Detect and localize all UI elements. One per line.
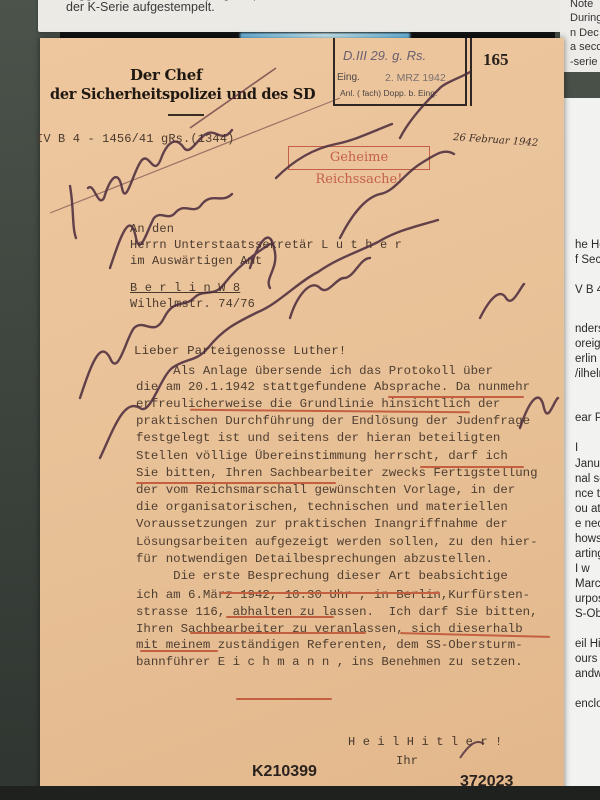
body-line: Sie bitten, Ihren Sachbearbeiter zwecks … (136, 466, 538, 480)
red-underline (140, 650, 218, 652)
side-caption-line: n Dec (570, 26, 599, 41)
body-line: für notwendigen Detailbesprechungen abzu… (136, 552, 493, 566)
red-underline (220, 592, 440, 594)
stamp-received-date: 2. MRZ 1942 (385, 72, 446, 84)
body-line: Als Anlage übersende ich das Protokoll ü… (136, 364, 493, 378)
stamp-number: D.III 29. g. Rs. (343, 48, 426, 63)
display-base (0, 786, 600, 800)
translation-line: hows th (575, 533, 600, 545)
side-caption-line: -serie (570, 55, 598, 70)
translation-line: I (575, 442, 578, 454)
body-line: der vom Reichsmarschall gewünschten Vorl… (136, 483, 515, 497)
side-caption-line: During (570, 11, 600, 26)
address-line-2: Herrn Unterstaatssekretär L u t h e r (130, 238, 402, 252)
letterhead-line-1: Der Chef (130, 66, 202, 84)
stamp-received-label: Eing. (337, 72, 360, 83)
translation-line: he Hea (575, 239, 600, 251)
page-number: 165 (483, 50, 509, 70)
address-line-1: An den (130, 222, 174, 236)
translation-line: /ilhelms (575, 368, 600, 380)
red-underline (190, 632, 366, 634)
exhibit-caption-card: …gg… in Whaddon Hall (England) wurden di… (38, 0, 568, 32)
translation-line: nal solu (575, 473, 600, 485)
body-line: Stellen völlige Übereinstimmung herrscht… (136, 449, 508, 463)
closing-ihr: Ihr (396, 754, 418, 768)
red-underline (226, 616, 334, 618)
closing-salutation: H e i l H i t l e r ! (348, 735, 502, 749)
body-line: Voraussetzungen zur praktischen Inangrif… (136, 517, 508, 531)
document-page: Der Chef der Sicherheitspolizei und des … (40, 38, 564, 800)
body-line: strasse 116, abhalten zu lassen. Ich dar… (136, 605, 538, 619)
body-line: ich am 6.März 1942, 10.30 Uhr , in Berli… (136, 588, 530, 602)
body-line: die am 20.1.1942 stattgefundene Absprach… (136, 380, 530, 394)
red-underline (388, 396, 524, 398)
stamp-row-3: Anl. ( fach) Dopp. b. Eing. (340, 88, 437, 98)
body-line: Die erste Besprechung dieser Art beabsic… (136, 569, 508, 583)
body-line: die organisatorischen, technischen und m… (136, 500, 508, 514)
body-line: praktischen Durchführung der Endlösung d… (136, 414, 530, 428)
body-line: bannführer E i c h m a n n , ins Benehme… (136, 655, 523, 669)
side-caption-line: a seco (570, 40, 600, 55)
side-caption-card: Note During n Dec a seco -serie (560, 0, 600, 72)
archive-number-left: K210399 (252, 763, 317, 781)
translation-line: erlin W (575, 353, 600, 365)
translation-line: ou at th (575, 503, 600, 515)
classification-stamp: Geheime Reichssache! (288, 146, 430, 170)
address-line-3: im Auswärtigen Amt (130, 254, 262, 268)
body-line: festgelegt ist und seitens der hieran be… (136, 431, 500, 445)
translation-line: March 1 (575, 578, 600, 590)
translation-line: nce the (575, 488, 600, 500)
letterhead-rule (168, 114, 204, 116)
translation-line: eil Hitle (575, 638, 600, 650)
translation-line: oreign (575, 338, 600, 350)
caption-line-2: der K-Serie aufgestempelt. (66, 0, 215, 15)
salutation: Lieber Parteigenosse Luther! (134, 344, 346, 358)
translation-line: S-Oberst (575, 608, 600, 620)
address-street: Wilhelmstr. 74/76 (130, 297, 255, 311)
translation-line: f Secu (575, 254, 600, 266)
translation-line: ear Par (575, 412, 600, 424)
translation-line: e neces (575, 518, 600, 530)
handwritten-date: 26 Februar 1942 (453, 132, 539, 149)
translation-line: nderse (575, 323, 600, 335)
translation-line: V B 4 - (575, 284, 600, 296)
side-caption-line: Note (570, 0, 593, 12)
translation-line: I w (575, 563, 590, 575)
receipt-stamp: D.III 29. g. Rs. Eing. 2. MRZ 1942 Anl. … (333, 38, 467, 106)
translation-line: urpose y (575, 593, 600, 605)
translation-line: andwritt (575, 668, 600, 680)
translation-line: Janua (575, 458, 600, 470)
letterhead-line-2: der Sicherheitspolizei und des SD (50, 86, 315, 103)
red-underline (236, 698, 332, 700)
translation-line: arting p (575, 548, 600, 560)
red-underline (136, 482, 336, 484)
reference-number: IV B 4 - 1456/41 gRs.(1344) (36, 132, 234, 146)
stamp-divider (470, 38, 472, 106)
translation-line: ours (575, 653, 597, 665)
address-city: B e r l i n W 8 (130, 281, 240, 295)
translation-line: enclosure (575, 698, 600, 710)
red-underline (420, 466, 524, 468)
body-line: Lösungsarbeiten aufgezeigt werden sollen… (136, 535, 538, 549)
